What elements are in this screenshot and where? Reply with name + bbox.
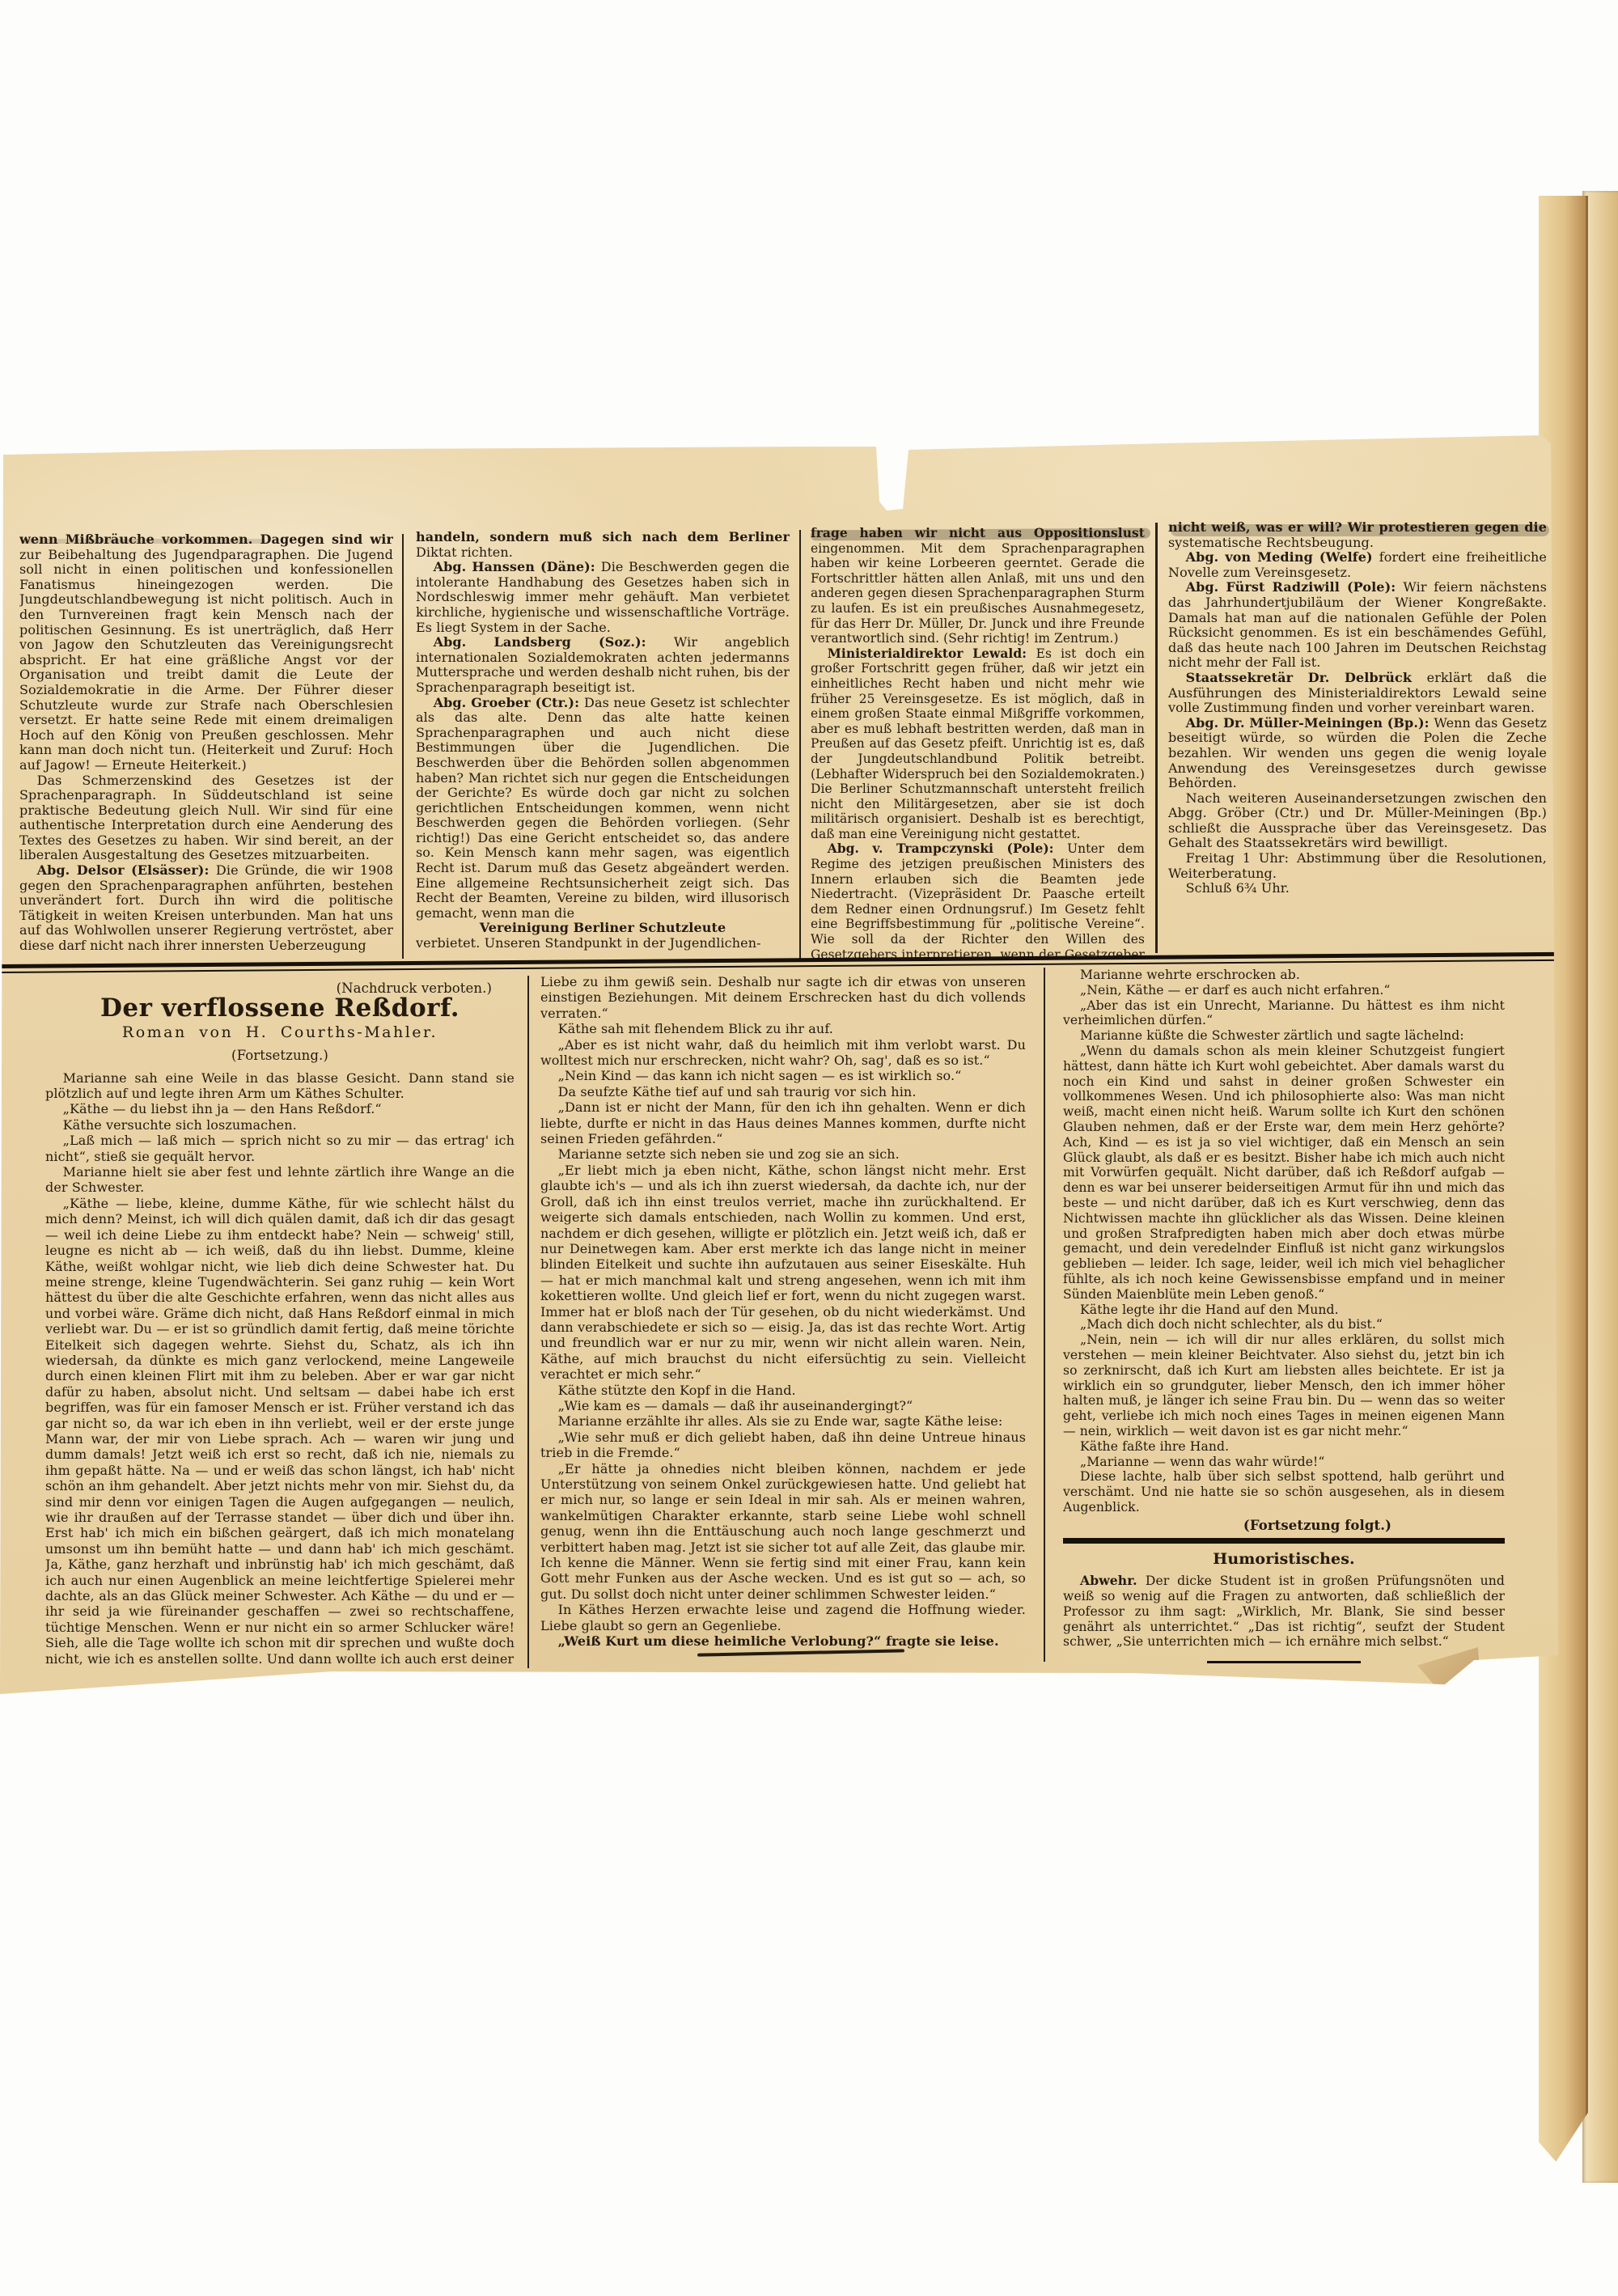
- paragraph: „Wie sehr muß er dich geliebt haben, daß…: [540, 1430, 1026, 1461]
- paragraph: Marianne hielt sie aber fest und lehnte …: [45, 1164, 515, 1196]
- speaker-lead: Abwehr.: [1080, 1573, 1146, 1588]
- paragraph: Diese lachte, halb über sich selbst spot…: [1063, 1469, 1505, 1514]
- paragraph: Schluß 6¾ Uhr.: [1168, 881, 1547, 896]
- paragraph: Abg. Dr. Müller-Meiningen (Bp.): Wenn da…: [1168, 716, 1547, 791]
- column-divider-rule: [402, 534, 404, 959]
- paragraph: „Aber das ist ein Unrecht, Marianne. Du …: [1063, 998, 1505, 1029]
- column-divider-rule: [527, 976, 529, 1668]
- paragraph: nicht weiß, was er will? Wir protestiere…: [1168, 520, 1547, 550]
- novel-column-a: (Nachdruck verboten.) Der verflossene Re…: [45, 981, 515, 1668]
- paragraph: Vereinigung Berliner Schutzleute: [416, 921, 790, 936]
- news-column-2: handeln, sondern muß sich nach dem Berli…: [416, 530, 790, 959]
- to-be-continued-note: (Fortsetzung folgt.): [1063, 1519, 1505, 1534]
- paragraph: „Nein, nein — ich will dir nur alles erk…: [1063, 1332, 1505, 1439]
- paragraph: Da seufzte Käthe tief auf und sah trauri…: [540, 1084, 1026, 1099]
- newspaper-page: wenn Mißbräuche vorkommen. Dagegen sind …: [0, 0, 1618, 2296]
- humor-heading: Humoristisches.: [1063, 1552, 1505, 1567]
- paragraph: „Er hätte ja ohnedies nicht bleiben könn…: [540, 1461, 1026, 1603]
- paragraph: Abg. Hanssen (Däne): Die Beschwerden geg…: [416, 560, 790, 635]
- paragraph: handeln, sondern muß sich nach dem Berli…: [416, 530, 790, 560]
- novel-column-c: Marianne wehrte erschrocken ab.„Nein, Kä…: [1063, 968, 1505, 1663]
- paragraph: Käthe stützte den Kopf in die Hand.: [540, 1383, 1026, 1398]
- paragraph: Abg. v. Trampczynski (Pole): Unter dem R…: [811, 841, 1145, 959]
- paragraph: „Mach dich doch nicht schlechter, als du…: [1063, 1317, 1505, 1332]
- paragraph: Käthe faßte ihre Hand.: [1063, 1439, 1505, 1455]
- paragraph: „Käthe — du liebst ihn ja — den Hans Reß…: [45, 1101, 515, 1116]
- column-divider-rule: [799, 530, 801, 959]
- paragraph: Abg. Landsberg (Soz.): Wir angeblich int…: [416, 635, 790, 695]
- speaker-lead: Abg. Landsberg (Soz.):: [434, 634, 674, 650]
- novel-text-c: Marianne wehrte erschrocken ab.„Nein, Kä…: [1063, 968, 1505, 1515]
- paragraph: Käthe sah mit flehendem Blick zu ihr auf…: [540, 1021, 1026, 1036]
- novel-byline: Roman von H. Courths-Mahler.: [45, 1025, 515, 1040]
- paragraph: „Er liebt mich ja eben nicht, Käthe, sch…: [540, 1163, 1026, 1383]
- paragraph: Das Schmerzenskind des Gesetzes ist der …: [19, 773, 393, 864]
- speaker-lead: Abg. v. Trampczynski (Pole):: [828, 841, 1067, 856]
- paragraph: Käthe legte ihr die Hand auf den Mund.: [1063, 1303, 1505, 1318]
- paragraph: In Käthes Herzen erwachte leise und zage…: [540, 1602, 1026, 1633]
- paragraph: Abg. Delsor (Elsässer): Die Gründe, die …: [19, 863, 393, 954]
- paragraph: Abg. Groeber (Ctr.): Das neue Gesetz ist…: [416, 696, 790, 921]
- paragraph: Freitag 1 Uhr: Abstimmung über die Resol…: [1168, 851, 1547, 881]
- paragraph: „Weiß Kurt um diese heimliche Verlobung?…: [540, 1633, 1026, 1649]
- humor-divider-rule: [1063, 1538, 1505, 1544]
- paragraph: „Laß mich — laß mich — sprich nicht so z…: [45, 1133, 515, 1164]
- continuation-note: (Fortsetzung.): [45, 1048, 515, 1063]
- paragraph: verbietet. Unseren Standpunkt in der Jug…: [416, 936, 790, 951]
- paragraph: „Aber es ist nicht wahr, daß du heimlich…: [540, 1037, 1026, 1069]
- paragraph: Marianne wehrte erschrocken ab.: [1063, 968, 1505, 983]
- speaker-lead: Abg. von Meding (Welfe): [1186, 549, 1379, 565]
- novel-text-a: Marianne sah eine Weile in das blasse Ge…: [45, 1070, 515, 1667]
- novel-title: Der verflossene Reßdorf.: [45, 1001, 515, 1016]
- paragraph: Abg. von Meding (Welfe) fordert eine fre…: [1168, 550, 1547, 580]
- scanned-newspaper-image: wenn Mißbräuche vorkommen. Dagegen sind …: [0, 0, 1618, 2296]
- paragraph: Abwehr. Der dicke Student ist in großen …: [1063, 1574, 1505, 1650]
- paragraph: Abg. Fürst Radziwill (Pole): Wir feiern …: [1168, 580, 1547, 671]
- paragraph: Staatssekretär Dr. Delbrück erklärt daß …: [1168, 671, 1547, 716]
- speaker-lead: Ministerialdirektor Lewald:: [828, 646, 1036, 661]
- news-column-4: nicht weiß, was er will? Wir protestiere…: [1168, 520, 1547, 949]
- paragraph: Marianne sah eine Weile in das blasse Ge…: [45, 1070, 515, 1102]
- paragraph: Liebe zu ihm gewiß sein. Deshalb nur sag…: [540, 974, 1026, 1021]
- paragraph: „Marianne — wenn das wahr würde!“: [1063, 1455, 1505, 1470]
- speaker-lead: Staatssekretär Dr. Delbrück: [1186, 670, 1427, 685]
- paragraph: Ministerialdirektor Lewald: Es ist doch …: [811, 646, 1145, 842]
- news-column-3: frage haben wir nicht aus Oppositionslus…: [811, 526, 1145, 959]
- paragraph: „Dann ist er nicht der Mann, für den ich…: [540, 1099, 1026, 1146]
- paragraph: „Wenn du damals schon als mein kleiner S…: [1063, 1044, 1505, 1303]
- speaker-lead: Abg. Groeber (Ctr.):: [434, 695, 584, 710]
- column-divider-rule: [1044, 968, 1045, 1662]
- speaker-lead: Abg. Fürst Radziwill (Pole):: [1186, 579, 1404, 595]
- speaker-lead: Abg. Dr. Müller-Meiningen (Bp.):: [1186, 715, 1434, 731]
- speaker-lead: Abg. Delsor (Elsässer):: [37, 862, 216, 878]
- paragraph: frage haben wir nicht aus Oppositionslus…: [811, 526, 1145, 646]
- end-rule: [1207, 1661, 1361, 1663]
- humor-text: Abwehr. Der dicke Student ist in großen …: [1063, 1574, 1505, 1650]
- paragraph: Marianne erzählte ihr alles. Als sie zu …: [540, 1413, 1026, 1429]
- paragraph: „Käthe — liebe, kleine, dumme Käthe, für…: [45, 1196, 515, 1667]
- paragraph: wenn Mißbräuche vorkommen. Dagegen sind …: [19, 532, 393, 773]
- paragraph: „Nein, Käthe — er darf es auch nicht erf…: [1063, 983, 1505, 998]
- novel-column-b: Liebe zu ihm gewiß sein. Deshalb nur sag…: [540, 974, 1026, 1658]
- column-divider-rule: [1155, 523, 1158, 953]
- paragraph: Nach weiteren Auseinandersetzungen zwisc…: [1168, 791, 1547, 851]
- paragraph: Marianne setzte sich neben sie und zog s…: [540, 1146, 1026, 1162]
- paragraph: „Wie kam es — damals — daß ihr auseinand…: [540, 1398, 1026, 1413]
- news-column-1: wenn Mißbräuche vorkommen. Dagegen sind …: [19, 532, 393, 959]
- paragraph: „Nein Kind — das kann ich nicht sagen — …: [540, 1068, 1026, 1083]
- paragraph: Käthe versuchte sich loszumachen.: [45, 1117, 515, 1133]
- speaker-lead: Abg. Hanssen (Däne):: [434, 559, 601, 574]
- paragraph: Marianne küßte die Schwester zärtlich un…: [1063, 1028, 1505, 1044]
